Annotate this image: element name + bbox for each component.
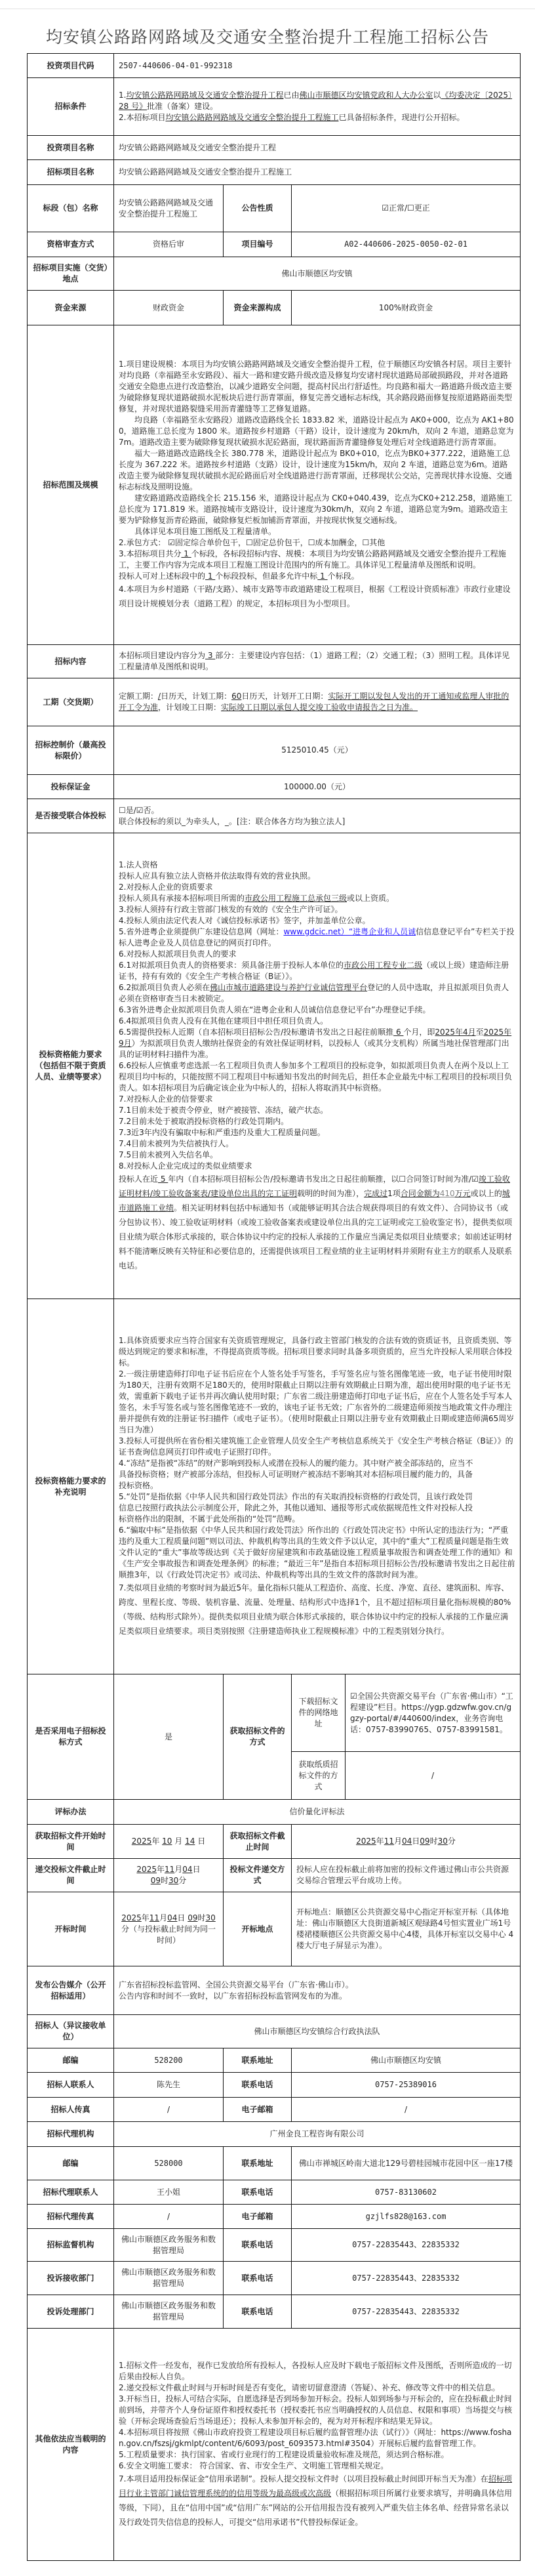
text: 个月，即 (403, 1028, 435, 1037)
label: 资金来源 (28, 291, 114, 325)
label: 开标时间 (28, 1892, 114, 1966)
tender-name-value: 均安镇公路路网路域及交通安全整治提升工程施工 (114, 160, 521, 185)
text: 2.递交投标文件截止时间与开标时间是否有变化，请密切留意澄清（答疑）、补充、修改… (119, 2382, 515, 2394)
row-obtain-time: 获取招标文件开始时间 2025年 10 月 14 日 获取招标文件截止时间 20… (28, 1825, 521, 1859)
text: 批准（备案）建设。 (147, 102, 218, 111)
text: 2025 (356, 1837, 376, 1846)
label: 邮编 (28, 2147, 114, 2180)
text: 均安镇公路路网路域及交通安全整治提升工程施工 (165, 113, 338, 122)
label: 招标项目名称 (28, 160, 114, 185)
label: 下载招标文件的网络地址 (292, 1674, 346, 1752)
label: 电子邮箱 (224, 2098, 292, 2122)
location-value: 佛山市顺德区均安镇 (114, 257, 521, 291)
text: 04 (402, 1837, 412, 1846)
text: 2.承包方式： ☑固定综合单价包干，☐固定总价包干，☐成本加酬金，☐其他 (119, 537, 515, 549)
text: 日 (195, 1837, 205, 1846)
label: 招标人（异议接收单位） (28, 2015, 114, 2048)
consortium-checkboxes: ☐是/☑否。 (119, 805, 515, 816)
text: 3.投标人须持有行政主管部门核发的有效的《安全生产许可证》。 (119, 904, 515, 915)
label: 招标代理联系人 (28, 2180, 114, 2205)
consortium-value: ☐是/☑否。 联合体投标的须以_为牵头人，_。[注：联合体各方均为独立法人] (114, 799, 521, 833)
text: 已具备招标条件，现进行公开招标。 (338, 113, 464, 122)
row-investment-code: 投资项目代码 2507-440606-04-01-992318 (28, 54, 521, 78)
label: 招标内容 (28, 645, 114, 678)
text: 5 (158, 1174, 168, 1184)
text: 投标人可对上述标段中的 (119, 571, 205, 581)
obtain-start-value: 2025年 10 月 14 日 (114, 1825, 224, 1859)
label: 资格审查方式 (28, 232, 114, 257)
opening-place-value: 开标地点：顺德区公共资源交易中心指定开标室开标（具体地址：佛山市顺德区大良街道新… (292, 1892, 521, 1966)
text: （与投标截止时间为同一时间） (129, 1924, 216, 1945)
row-conditions: 招标条件 1.均安镇公路路网路域及交通安全整治提升工程已由佛山市顺德区均安镇党政… (28, 78, 521, 136)
text: 佛山市城市道路建设与养护行业诚信管理平台 (210, 983, 367, 992)
text: 1 (181, 549, 191, 558)
text: 4.投标人须由法定代表人对《诚信投标承诺书》签字，并加盖单位公章。 (119, 915, 515, 926)
label: 联系电话 (224, 2073, 292, 2098)
text: 7.4目前未被列为失信被执行人。 (119, 1138, 515, 1150)
deposit-value: 100000.00（元） (114, 775, 521, 799)
text: 个标段投标，但最多允许中标 (215, 571, 317, 581)
label: 邮编 (28, 2048, 114, 2073)
row-submit: 递交投标文件截止时间 2025年11月04日09时30分 投标文件递交方式 投标… (28, 1859, 521, 1892)
text: 1.具体资质要求应当符合国家有关资质管理规定，具备行政主管部门核发的合法有效的资… (119, 1335, 515, 1369)
complaint-receive-value: 佛山市顺德区政务服务和数据管理局 (114, 2262, 224, 2295)
notice-nature-checkboxes: ☑正常/☐更正 (292, 185, 521, 232)
label: 项目编号 (224, 232, 292, 257)
text: 。相关证明材料包括中标通知书（或能够证明其合法合规获得项目的有效文件）、合同协议… (119, 1203, 512, 1270)
label: 获取招标文件截止时间 (224, 1825, 292, 1859)
row-agency-contact: 招标代理联系人 王小姐 联系电话 0757-83130602 (28, 2180, 521, 2205)
text: 11 (384, 1837, 394, 1846)
text: 联合体投标的须以_为牵头人，_。[注：联合体各方均为独立法人] (119, 816, 515, 827)
text: 4.本招标项目将按照《佛山市政府投资工程建设项目标后履约监督管理办法（试行）》（… (119, 2427, 515, 2449)
text: 本招标项目建设内容分为 (119, 651, 205, 660)
email-value: / (292, 2098, 521, 2122)
row-scope: 招标范围及规模 1.项目建设规模：本项目为均安镇公路路网路域及交通安全整治提升工… (28, 325, 521, 645)
row-complaint-process: 投诉处理部门 佛山市顺德区政务服务和数据管理局 联系电话 0757-228354… (28, 2295, 521, 2329)
phone-value: 0757-22835443、22835332 (292, 2262, 521, 2295)
label: 获取纸质招标文件的方式 (292, 1752, 346, 1800)
text: 6.“骗取中标”是指依据《中华人民共和国行政处罚法》所作出的《行政处罚决定书》中… (119, 1525, 515, 1581)
row-electronic: 是否采用电子招标投标方式 是 获取招标文件的方式 下载招标文件的网络地址 ☑全国… (28, 1674, 521, 1752)
zip-value: 528200 (114, 2048, 224, 2073)
label: 开标地点 (224, 1892, 292, 1966)
text: 11 (165, 1865, 174, 1874)
text: 完成过 (364, 1189, 387, 1198)
row-complaint-receive: 投诉接收部门 佛山市顺德区政务服务和数据管理局 联系电话 0757-228354… (28, 2262, 521, 2295)
text: 6 (393, 1028, 403, 1037)
label: 是否接受联合体投标 (28, 799, 114, 833)
email-value: gzjlfs828@163.com (292, 2205, 521, 2229)
row-agency-zip: 邮编 528000 联系地址 佛山市禅城区岭南大道北129号碧桂园城市花园中区一… (28, 2147, 521, 2180)
evaluation-value: 信价量化评标法 (114, 1800, 521, 1825)
row-tenderer: 招标人（异议接收单位） 佛山市顺德区均安镇综合行政执法队 (28, 2015, 521, 2048)
project-number-value: A02-440606-2025-0050-02-01 (292, 232, 521, 257)
text: 30 (205, 1913, 215, 1922)
label: 投标资格能力要求（包括但不限于资质人员、业绩等要求） (28, 833, 114, 1299)
address-value: 佛山市禅城区岭南大道北129号碧桂园城市花园中区一座17楼 (292, 2147, 521, 2180)
supplement-value: 1.具体资质要求应当符合国家有关资质管理规定，具备行政主管部门核发的合法有效的资… (114, 1299, 521, 1674)
investment-code-value: 2507-440606-04-01-992318 (114, 54, 521, 78)
row-evaluation: 评标办法 信价量化评标法 (28, 1800, 521, 1825)
download-address-value[interactable]: ☑全国公共资源交易平台（广东省·佛山市）“工程建设”栏目。https://ygp… (346, 1674, 521, 1752)
text: 3.本招标项目共分 (119, 549, 181, 558)
label: 联系电话 (224, 2229, 292, 2262)
gdcic-link[interactable]: www.gdcic.net）“进粤企业和人员诚 (283, 927, 416, 936)
text: 或以上资质。 (347, 894, 394, 903)
section-name-value: 均安镇公路路网路域及交通安全整治提升工程施工 (114, 185, 224, 232)
contact-value: 王小姐 (114, 2180, 224, 2205)
phone-value: 0757-22835443、22835332 (292, 2295, 521, 2329)
text: 至 (476, 1028, 484, 1037)
label: 电子邮箱 (224, 2205, 292, 2229)
media-value: 广东省招标投标监管网、全国公共资源交易平台（广东省·佛山市）。 公告内容和时间不… (114, 1966, 521, 2015)
phone-value: 0757-83130602 (292, 2180, 521, 2205)
text: 7.2目前未处于被取消投标资格的行政处罚期内。 (119, 1116, 515, 1127)
text: ）为拟派项目负责人缴纳社保资金的有效社保证明材料，以投标人（或其分支机构）所属当… (119, 1039, 509, 1059)
text: 均安镇公路路网路域及交通安全整治提升工程 (126, 91, 283, 100)
text: 具体详见本项目施工图纸及工程量清单。 (119, 526, 515, 537)
text: 7.5目前未被列入失信名单。 (119, 1150, 515, 1161)
text: 定额工期： (119, 692, 158, 701)
period-value: 定额工期：/日历天，计划工期：60日历天，计划开工日期：实际开工期以发包人发出的… (114, 678, 521, 726)
row-period: 工期（交货期） 定额工期：/日历天，计划工期：60日历天，计划开工日期：实际开工… (28, 678, 521, 726)
row-media: 发布公告媒介（公开招标适用） 广东省招标投标监管网、全国公共资源交易平台（广东省… (28, 1966, 521, 2015)
text: 以 (433, 91, 441, 100)
text: 月 (172, 1837, 185, 1846)
text: 7.本项目适用投标保证金“信用承诺制”。投标人提交投标文件时（以项目投标截止时间… (119, 2474, 488, 2483)
text: 3.开标当日，投标人可结合实际，自愿选择是否到场参加开标会。投标人如到场参与开标… (119, 2394, 515, 2427)
label: 投标保证金 (28, 775, 114, 799)
electronic-value: 是 (114, 1674, 224, 1800)
text: 福大一路道路改造路线全长 380.778 米，道路设计起点为 BK0+010，讫… (119, 448, 515, 493)
row-supervisor: 招标监督机构 佛山市顺德区政务服务和数据管理局 联系电话 0757-228354… (28, 2229, 521, 2262)
text: 市政公用工程专业二级 (344, 961, 422, 970)
label: 资金来源构成 (224, 291, 292, 325)
contact-value: 陈先生 (114, 2073, 224, 2098)
row-section: 标段（包）名称 均安镇公路路网路域及交通安全整治提升工程施工 公告性质 ☑正常/… (28, 185, 521, 232)
text: 投标人应具有独立法人资格并依法取得有效的营业执照。 (119, 871, 515, 882)
scope-value: 1.项目建设规模：本项目为均安镇公路路网路域及交通安全整治提升工程，位于顺德区均… (114, 325, 521, 645)
row-other: 其他依法应当载明的内容 1.招标文件一经发布，视作已发放给所有投标人，各投标人应… (28, 2329, 521, 2561)
text: 5.工程质量要求：执行国家、省或行业现行的工程建设质量验收标准及规范，须达到合格… (119, 2449, 515, 2461)
funding-composition-value: 100%财政资金 (292, 291, 521, 325)
label: 获取招标文件开始时间 (28, 1825, 114, 1859)
phone-value: 0757-25389016 (292, 2073, 521, 2098)
qualification-value: 资格后审 (114, 232, 224, 257)
text: ，计划竣工日期： (158, 703, 221, 712)
row-supplement: 投标资格能力要求的补充说明 1.具体资质要求应当符合国家有关资质管理规定，具备行… (28, 1299, 521, 1674)
text: 6.安全文明施工要求： 符合国家、省、市安全生产、文明施工管理相关规定。 (119, 2461, 515, 2472)
row-agency-fax: 招标代理传真 / 电子邮箱 gzjlfs828@163.com (28, 2205, 521, 2229)
address-value: 佛山市顺德区均安镇 (292, 2048, 521, 2073)
row-deposit: 投标保证金 100000.00（元） (28, 775, 521, 799)
opening-time-value: 2025年11月04日 09时30分（与投标截止时间为同一时间） (114, 1892, 224, 1966)
submit-method-value: 投标人应在投标截止前将加密的投标文件通过佛山市公共资源交易综合管理云平台成功上传… (292, 1859, 521, 1892)
text: 市政公用工程施工总承包三级 (245, 894, 347, 903)
text: 14 (185, 1837, 195, 1846)
text: 2025 (132, 1837, 152, 1846)
text: 6.6投标人应慎重考虑选派一名工程项目负责人参加多个工程项目的投标竞争，如拟派项… (119, 1060, 515, 1094)
row-content: 招标内容 本招标项目建设内容分为 3 部分：主要建设内容包括：（1）道路工程；（… (28, 645, 521, 678)
label: 投资项目代码 (28, 54, 114, 78)
conditions-value: 1.均安镇公路路网路域及交通安全整治提升工程已由佛山市顺德区均安镇党政和人大办公… (114, 78, 521, 136)
label: 其他依法应当载明的内容 (28, 2329, 114, 2561)
row-agency: 招标代理机构 广州金良工程咨询有限公司 (28, 2122, 521, 2147)
text: 个标段。 (328, 571, 359, 581)
label: 投标文件递交方式 (224, 1859, 292, 1892)
text: 实际竣工日期以承包人提交竣工验收申请报告之日为准。 (221, 703, 418, 712)
text: 410 (440, 1189, 455, 1198)
text: 4.本项目为乡村道路（干路/支路）、城市支路等市政道路建设工程项目，根据《工程设… (119, 582, 515, 611)
text: 1项 (387, 1189, 401, 1198)
paper-method-value: / (346, 1752, 521, 1800)
text: 1.法人资格 (119, 860, 515, 871)
text: 09 (420, 1837, 429, 1846)
text: 04 (182, 1865, 192, 1874)
label: 联系电话 (224, 2180, 292, 2205)
control-price-value: 5125010.45（元） (114, 726, 521, 775)
label: 获取招标文件的方式 (224, 1674, 292, 1800)
text: 投标人须具有承接本招标项目所需的 (119, 894, 245, 903)
agency-value: 广州金良工程咨询有限公司 (114, 2122, 521, 2147)
funding-value: 财政资金 (114, 291, 224, 325)
label: 招标项目实施（交货）地点 (28, 257, 114, 291)
label: 投诉处理部门 (28, 2295, 114, 2329)
text: 年 (151, 1837, 162, 1846)
label: 招标控制价（最高投标限价） (28, 726, 114, 775)
text: 1. (119, 91, 126, 100)
label: 招标监督机构 (28, 2229, 114, 2262)
fax-value: / (114, 2098, 224, 2122)
phone-value: 0757-22835443、22835332 (292, 2229, 521, 2262)
text: 载明的时间为准）， (297, 1189, 364, 1198)
supervisor-value: 佛山市顺德区政务服务和数据管理局 (114, 2229, 224, 2262)
row-opening: 开标时间 2025年11月04日 09时30分（与投标截止时间为同一时间） 开标… (28, 1892, 521, 1966)
label: 标段（包）名称 (28, 185, 114, 232)
label: 招标人传真 (28, 2098, 114, 2122)
text: 2025 (121, 1913, 142, 1922)
text: 6.4拟派项目负责人没有在其他在建项目中担任项目负责人。 (119, 1016, 515, 1027)
text: 公告内容和时间不一致时，以广东省招标投标监管网发布的为准。 (119, 1991, 515, 2002)
label: 投资项目名称 (28, 136, 114, 160)
submit-deadline-value: 2025年11月04日09时30分 (114, 1859, 224, 1892)
text: 1.招标文件一经发布，视作已发放给所有投标人，各投标人应及时下载电子版招标文件及… (119, 2360, 515, 2382)
text: 日历天，计划工期： (161, 692, 231, 701)
complaint-process-value: 佛山市顺德区政务服务和数据管理局 (114, 2295, 224, 2329)
label: 联系电话 (224, 2262, 292, 2295)
text: 日历天，计划开工日期： (241, 692, 328, 701)
label: 公告性质 (224, 185, 292, 232)
text: 已由 (283, 91, 299, 100)
row-control-price: 招标控制价（最高投标限价） 5125010.45（元） (28, 726, 521, 775)
text: 7.1目前未处于被责令停业，财产被接管、冻结，破产状态。 (119, 1105, 515, 1116)
text: 09 (188, 1913, 197, 1922)
text: 6.1对拟派项目负责人的资格要求：须具备注册于投标人本单位的 (119, 961, 344, 970)
row-consortium: 是否接受联合体投标 ☐是/☑否。 联合体投标的须以_为牵头人，_。[注：联合体各… (28, 799, 521, 833)
text: 均良路（幸福路至永安路段）道路改造路线全长 1833.82 米，道路设计起点为 … (119, 415, 515, 448)
text: 广东省招标投标监管网、全国公共资源交易平台（广东省·佛山市）。 (119, 1980, 515, 1991)
label: 评标办法 (28, 1800, 114, 1825)
text: 8.对投标人企业完成过的类似业绩要求 (119, 1161, 515, 1172)
row-tender-name: 招标项目名称 均安镇公路路网路域及交通安全整治提升工程施工 (28, 160, 521, 185)
text: 3.投标人可提供所在省份相关建筑施工企业管理人员安全生产考核信息系统关于《安全生… (119, 1436, 515, 1458)
text: 6.2拟派项目负责人必须在 (119, 983, 210, 992)
label: 招标人联系人 (28, 2073, 114, 2098)
row-investment-name: 投资项目名称 均安镇公路路网路域及交通安全整治提升工程 (28, 136, 521, 160)
row-eligibility: 投标资格能力要求（包括但不限于资质人员、业绩等要求） 1.法人资格 投标人应具有… (28, 833, 521, 1299)
text: 2.本招标项目 (119, 113, 165, 122)
label: 联系地址 (224, 2048, 292, 2073)
text: 6.3省外进粤企业拟派项目负责人须在“进粤企业和人员诚信信息登记平台”办理登记手… (119, 1005, 515, 1016)
text: 1 (205, 571, 215, 581)
row-tenderer-contact: 招标人联系人 陈先生 联系电话 0757-25389016 (28, 2073, 521, 2098)
text: 5.省外进粤企业须提供广东建设信息网（网址： (119, 927, 283, 936)
text: 6.对投标人拟派项目负责人的要求 (119, 949, 515, 960)
text: 30 (438, 1837, 448, 1846)
content-value: 本招标项目建设内容分为 3 部分：主要建设内容包括：（1）道路工程；（2）交通工… (114, 645, 521, 678)
text: 1.项目建设规模：本项目为均安镇公路路网路域及交通安全整治提升工程，位于顺德区均… (119, 359, 515, 415)
label: 招标代理机构 (28, 2122, 114, 2147)
text: 年内（自本招标项目招标公告/投标邀请书发出之日起往前顺推，以☐合同签订时间为准/… (168, 1174, 479, 1184)
label: 工期（交货期） (28, 678, 114, 726)
text: 2025年4月 (435, 1028, 475, 1037)
text: 30 (168, 1876, 178, 1885)
label: 招标范围及规模 (28, 325, 114, 645)
label: 投诉接收部门 (28, 2262, 114, 2295)
obtain-deadline-value: 2025年11月04日09时30分 (292, 1825, 521, 1859)
text: 投标人在近 (119, 1174, 158, 1184)
text: 7.类似项目业绩的考察时间为最近5年。量化指标只能从工程造价、高度、长度、净宽、… (119, 1581, 515, 1638)
text: 7.对投标人企业的信誉要求 (119, 1094, 515, 1105)
text: 11 (149, 1913, 159, 1922)
label: 招标条件 (28, 78, 114, 136)
label: 是否采用电子招标投标方式 (28, 1674, 114, 1800)
text: 2.一级注册建造师打印电子证书后应在个人签名处手写签名，手写签名应与签名图像笔迹… (119, 1369, 515, 1436)
text: 佛山市顺德区均安镇党政和人大办公室 (299, 91, 433, 100)
text: 万元 (455, 1189, 471, 1198)
text: 60 (231, 692, 241, 701)
text: 5.“处罚”是指依据《中华人民共和国行政处罚法》作出的有关取消投标资格的行政处罚… (119, 1491, 515, 1525)
row-qualification: 资格审查方式 资格后审 项目编号 A02-440606-2025-0050-02… (28, 232, 521, 257)
row-funding: 资金来源 财政资金 资金来源构成 100%财政资金 (28, 291, 521, 325)
page-title: 均安镇公路路网路域及交通安全整治提升工程施工招标公告 (0, 26, 535, 49)
notice-table: 投资项目代码 2507-440606-04-01-992318 招标条件 1.均… (27, 53, 521, 2561)
label: 发布公告媒介（公开招标适用） (28, 1966, 114, 2015)
zip-value: 528000 (114, 2147, 224, 2180)
text: 4.“冻结”是指被“冻结”的财产影响到投标人或潜在投标人的履约能力。其中财产被全… (119, 1458, 515, 1491)
label: 递交投标文件截止时间 (28, 1859, 114, 1892)
other-value: 1.招标文件一经发布，视作已发放给所有投标人，各投标人应及时下载电子版招标文件及… (114, 2329, 521, 2561)
text: 1 (317, 571, 327, 581)
label: 招标代理传真 (28, 2205, 114, 2229)
text: 建安路道路改造路线全长 215.156 米，道路设计起点为 CK0+040.43… (119, 493, 515, 526)
investment-name-value: 均安镇公路路网路域及交通安全整治提升工程 (114, 136, 521, 160)
text: 或以上的 (471, 1189, 502, 1198)
text: 7.3近3年内没有骗取中标和严重违约及重大工程质量问题。 (119, 1127, 515, 1138)
text: 合同金额为 (401, 1189, 440, 1198)
fax-value: / (114, 2205, 224, 2229)
text: 2025 (136, 1865, 157, 1874)
text: 2.对投标人企业的资质要求 (119, 882, 515, 893)
text: 10 (162, 1837, 172, 1846)
text: 09 (151, 1876, 161, 1885)
label: 联系电话 (224, 2295, 292, 2329)
tenderer-value: 佛山市顺德区均安镇综合行政执法队 (114, 2015, 521, 2048)
top-divider (0, 9, 535, 9)
text: 6.5需提供投标人近期（自本招标项目招标公告/投标邀请书发出之日起往前顺推 (119, 1028, 393, 1037)
label: 联系地址 (224, 2147, 292, 2180)
row-tenderer-zip: 邮编 528200 联系地址 佛山市顺德区均安镇 (28, 2048, 521, 2073)
eligibility-value: 1.法人资格 投标人应具有独立法人资格并依法取得有效的营业执照。 2.对投标人企… (114, 833, 521, 1299)
row-location: 招标项目实施（交货）地点 佛山市顺德区均安镇 (28, 257, 521, 291)
text: 04 (167, 1913, 177, 1922)
row-tenderer-fax: 招标人传真 / 电子邮箱 / (28, 2098, 521, 2122)
text: 3 (205, 651, 215, 660)
label: 投标资格能力要求的补充说明 (28, 1299, 114, 1674)
